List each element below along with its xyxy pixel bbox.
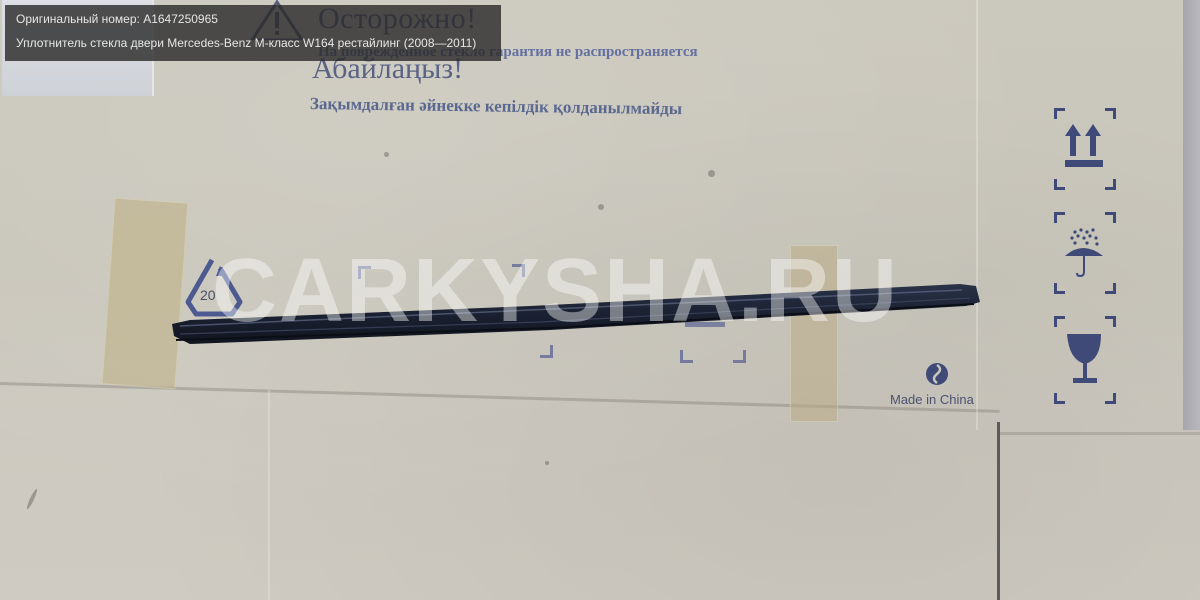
print-mark xyxy=(358,266,371,279)
product-photo: Осторожно! На поврежденное стекло гарант… xyxy=(0,0,1200,600)
keep-dry-icon xyxy=(1054,212,1116,294)
door-glass-seal xyxy=(170,282,985,344)
print-mark xyxy=(680,350,693,363)
box-edge xyxy=(1183,0,1200,430)
warning-text-kz: Зақымдалған әйнекке кепілдік қолданылмай… xyxy=(310,94,682,119)
original-number: Оригинальный номер: A1647250965 xyxy=(16,12,501,36)
stain xyxy=(708,170,715,177)
print-mark xyxy=(733,350,746,363)
stain xyxy=(26,488,39,510)
print-mark xyxy=(512,264,525,277)
box-crease xyxy=(268,390,270,600)
stain xyxy=(384,152,389,157)
box-flap-seam xyxy=(1000,432,1200,435)
stain xyxy=(545,461,549,465)
part-description: Уплотнитель стекла двери Mercedes-Benz M… xyxy=(16,36,501,60)
info-overlay: Оригинальный номер: A1647250965 Уплотнит… xyxy=(5,5,501,61)
this-way-up-icon xyxy=(1054,108,1116,190)
green-dot-icon xyxy=(925,362,949,386)
handling-symbols xyxy=(1050,108,1130,426)
stain xyxy=(598,204,604,210)
print-mark xyxy=(540,345,553,358)
fragile-icon xyxy=(1054,316,1116,404)
made-in-label: Made in China xyxy=(890,392,974,407)
box-crease xyxy=(976,0,978,430)
box-edge xyxy=(997,422,1000,600)
